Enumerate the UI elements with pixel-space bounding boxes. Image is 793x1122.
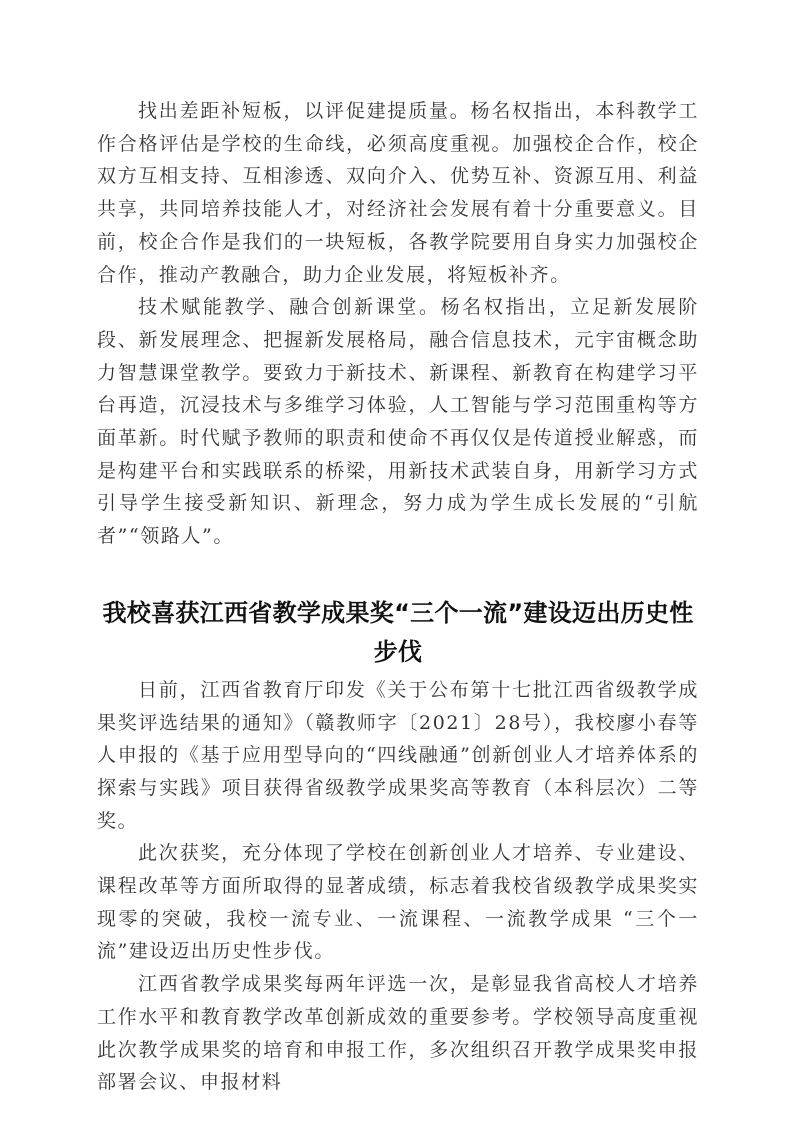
body-paragraph: 江西省教学成果奖每两年评选一次，是彰显我省高校人才培养工作水平和教育教学改革创新… — [97, 968, 699, 1099]
section-teaching-award: 我校喜获江西省教学成果奖“三个一流”建设迈出历史性步伐 日前，江西省教育厅印发《… — [97, 594, 699, 1099]
body-paragraph: 此次获奖，充分体现了学校在创新创业人才培养、专业建设、课程改革等方面所取得的显著… — [97, 837, 699, 968]
article-title: 我校喜获江西省教学成果奖“三个一流”建设迈出历史性步伐 — [97, 594, 699, 672]
body-paragraph: 技术赋能教学、融合创新课堂。杨名权指出，立足新发展阶段、新发展理念、把握新发展格… — [97, 291, 699, 553]
document-page: 找出差距补短板，以评促建提质量。杨名权指出，本科教学工作合格评估是学校的生命线，… — [97, 95, 699, 1099]
section-school-enterprise: 找出差距补短板，以评促建提质量。杨名权指出，本科教学工作合格评估是学校的生命线，… — [97, 95, 699, 553]
body-paragraph: 日前，江西省教育厅印发《关于公布第十七批江西省级教学成果奖评选结果的通知》（赣教… — [97, 674, 699, 838]
body-paragraph: 找出差距补短板，以评促建提质量。杨名权指出，本科教学工作合格评估是学校的生命线，… — [97, 95, 699, 291]
